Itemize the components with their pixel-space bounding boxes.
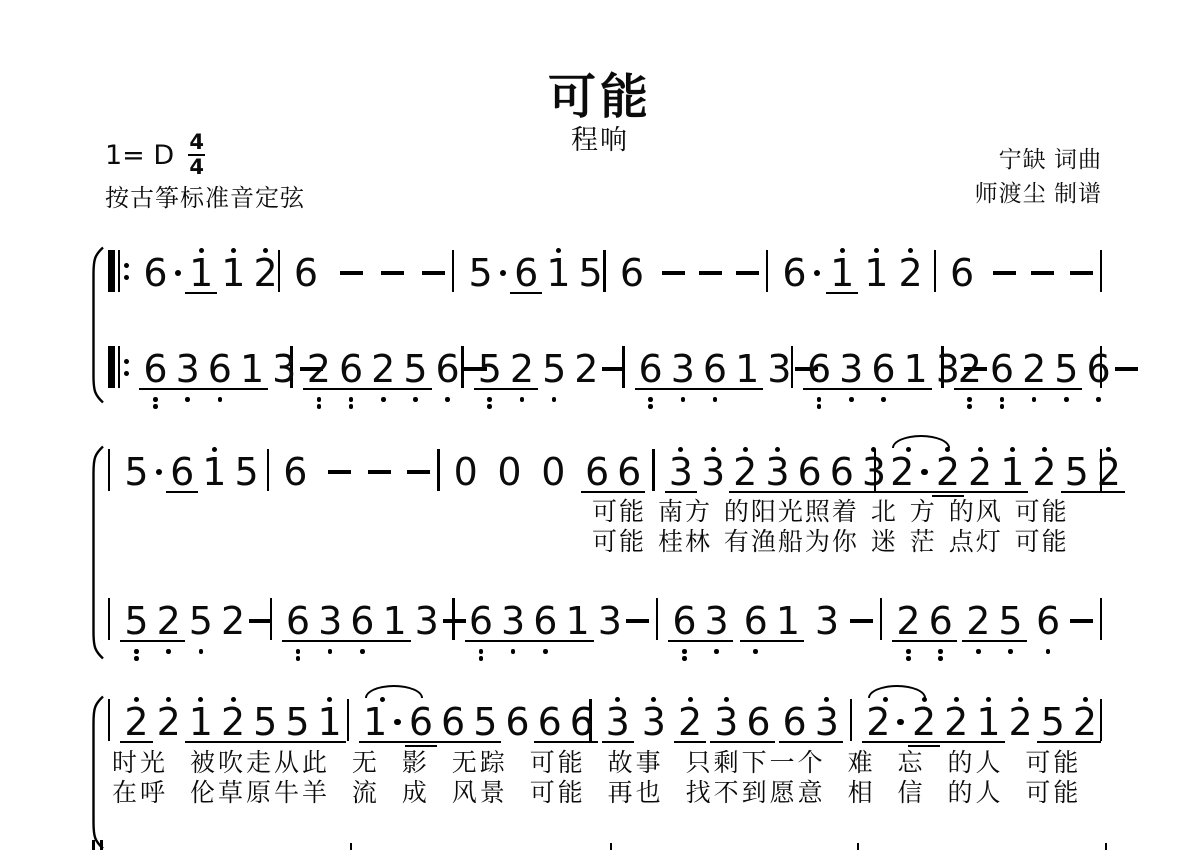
duration-underline-zone (411, 638, 443, 647)
note-digit: 6 (778, 256, 824, 290)
duration-underline-zone (139, 386, 171, 395)
note-digit: 2 (570, 352, 602, 386)
note-digit: 6 (139, 256, 185, 290)
duration-underline (185, 292, 217, 294)
note-group: 63 (465, 592, 529, 662)
duration-underline-zone (616, 290, 648, 299)
note-digit: 1 (378, 604, 410, 638)
note-digit: 3 (697, 455, 729, 489)
measure: 26256 (882, 592, 1099, 662)
octave-dot-low (185, 397, 190, 402)
duration-underline-zone (378, 638, 410, 647)
measure: 26256 (944, 340, 1100, 410)
jianpu-note: 6 (986, 340, 1018, 410)
octave-dot-low (166, 649, 171, 654)
note-group (662, 244, 685, 275)
note-digit: 0 (493, 455, 525, 489)
duration-underline-zone (465, 638, 497, 647)
duration-underline (1093, 491, 1125, 493)
duration-underline (892, 640, 924, 642)
note-digit: 5 (120, 604, 152, 638)
note-digit: 2 (908, 705, 940, 739)
measure: 63613 (455, 592, 656, 662)
duration-underline (1050, 388, 1082, 390)
note-group: 61 (740, 592, 804, 662)
octave-dot-low-zone (849, 395, 854, 410)
jianpu-note: 3 (172, 340, 204, 410)
note-digit: 6 (534, 705, 566, 739)
duration-underline-zone (826, 290, 858, 299)
jianpu-note: 6 (1032, 592, 1064, 662)
note-group (993, 244, 1016, 275)
jianpu-note: 6 (166, 443, 198, 513)
octave-dot-low-zone (520, 395, 525, 410)
measure: 5615 (110, 443, 266, 513)
sheet-music-page: { "header": { "title": "可能", "subtitle":… (0, 0, 1200, 850)
duration-underline-zone (120, 638, 152, 647)
note-digit: 6 (742, 705, 774, 739)
octave-dot-low-zone (713, 395, 718, 410)
octave-dot-low (906, 656, 911, 661)
duration-underline-zone (561, 638, 593, 647)
duration-underline-zone (120, 489, 166, 498)
jianpu-note: 1 (217, 244, 249, 314)
jianpu-note: 2 (570, 340, 602, 410)
note-digit: 2 (1069, 705, 1101, 739)
octave-dot-low (1032, 397, 1037, 402)
note-digit: 6 (946, 256, 978, 290)
note-digit: 1 (772, 604, 804, 638)
note-group (602, 340, 625, 371)
duration-underline (378, 640, 410, 642)
note-digit: 6 (139, 352, 171, 386)
octave-dot-low (1046, 649, 1051, 654)
note-digit: 2 (367, 352, 399, 386)
system-brace (90, 695, 105, 850)
note-digit: 1 (359, 705, 405, 739)
note-digit: 1 (185, 705, 217, 739)
note-digit: 6 (668, 604, 700, 638)
note-digit: 3 (761, 455, 793, 489)
jianpu-note: 6 (699, 340, 731, 410)
duration-underline-zone (236, 386, 268, 395)
note-digit: 3 (268, 352, 300, 386)
note-digit: 6 (501, 705, 533, 739)
jianpu-note: 3 (667, 340, 699, 410)
note-digit: 6 (986, 352, 1018, 386)
note-group: 63 (635, 340, 699, 410)
octave-dot-low (1000, 404, 1005, 409)
duration-underline-zone (474, 386, 506, 395)
note-digit: 2 (153, 604, 185, 638)
jianpu-note: 6 (346, 592, 378, 662)
octave-dot-low-zone (552, 395, 557, 410)
note-digit: 6 (1082, 352, 1114, 386)
note-digit: 6 (613, 455, 645, 489)
note-group: 63 (803, 340, 867, 410)
note-digit: 6 (437, 705, 469, 739)
duration-underline (803, 388, 835, 390)
measure: 6 (936, 244, 1100, 314)
lyric-row: 在呼 伦草原牛羊 流 成 风景 可能 再也 找不到愿意 相 信 的人 可能 (112, 773, 1081, 809)
note-digit: 5 (185, 604, 217, 638)
song-title: 可能 (0, 58, 1200, 127)
jianpu-note: 6 (946, 244, 978, 314)
note-group (699, 244, 722, 275)
repeat-thin-bar (118, 346, 120, 388)
barline-stub (857, 843, 859, 850)
note-digit: 1 (314, 705, 346, 739)
octave-dot-low-zone (682, 647, 687, 662)
duration-underline (925, 640, 957, 642)
duration-underline (236, 388, 268, 390)
octave-dot-low-zone (906, 647, 911, 662)
jianpu-note: 6 (139, 340, 171, 410)
duration-underline-zone (506, 386, 538, 395)
duration-underline-zone (367, 386, 399, 395)
barline-stub (1105, 843, 1107, 850)
duration-underline-zone (172, 386, 204, 395)
note-digit: 6 (405, 705, 437, 739)
note-group: 25 (1018, 340, 1082, 410)
note-group: 6 (616, 244, 648, 314)
duration-underline (668, 640, 700, 642)
note-group (1115, 340, 1138, 371)
jianpu-note: 3 (268, 340, 300, 410)
note-digit: 2 (217, 705, 249, 739)
duration-underline-zone (432, 386, 464, 395)
note-digit: 5 (1061, 455, 1093, 489)
note-digit: 1 (731, 352, 763, 386)
note-digit: 6 (335, 352, 367, 386)
duration-underline-zone (1018, 386, 1050, 395)
duration-underline-zone (811, 638, 843, 647)
note-digit: 2 (962, 604, 994, 638)
duration-underline-zone (701, 638, 733, 647)
octave-dot-low (552, 397, 557, 402)
duration-underline (561, 640, 593, 642)
jianpu-note: 1 (378, 592, 410, 662)
duration-underline-zone (668, 638, 700, 647)
duration-underline-zone (900, 386, 932, 395)
duration-dash (368, 470, 391, 474)
note-digit: 5 (464, 256, 510, 290)
octave-dot-low (714, 649, 719, 654)
jianpu-note: 6 (616, 244, 648, 314)
augmentation-dot (500, 270, 507, 277)
duration-underline (994, 640, 1026, 642)
duration-underline (474, 388, 506, 390)
time-numerator: 4 (189, 132, 204, 153)
lyric-row: 可能 桂林 有渔船为你 迷 茫 点灯 可能 (592, 522, 1069, 558)
duration-underline (153, 640, 185, 642)
augmentation-dot (156, 469, 163, 476)
note-group: 63 (282, 592, 346, 662)
octave-dot-low (317, 397, 322, 402)
octave-dot-low (487, 397, 492, 402)
duration-underline-zone (282, 638, 314, 647)
note-digit: 3 (811, 705, 843, 739)
duration-underline-zone (529, 638, 561, 647)
note-group: 1 (860, 244, 892, 314)
note-digit: 5 (575, 256, 607, 290)
note-group: 26 (954, 340, 1018, 410)
tuning-note: 按古筝标准音定弦 (105, 178, 305, 213)
note-digit: 5 (538, 352, 570, 386)
jianpu-note: 2 (892, 592, 924, 662)
duration-dash (340, 271, 363, 275)
barline-stub (92, 840, 95, 850)
measure: 63613 (793, 340, 941, 410)
jianpu-note: 2 (954, 340, 986, 410)
note-group: 5 (185, 592, 217, 662)
octave-dot-low (479, 656, 484, 661)
note-group: 6 (1032, 592, 1064, 662)
jianpu-note: 1 (236, 340, 268, 410)
octave-dot-low-zone (487, 395, 492, 410)
octave-dot-low-zone (1000, 395, 1005, 410)
duration-underline (399, 388, 431, 390)
octave-dot-low-zone (413, 395, 418, 410)
duration-underline (986, 388, 1018, 390)
note-group: 2 (894, 244, 926, 314)
note-group: 61 (529, 592, 593, 662)
note-group: 6 (139, 244, 185, 314)
note-digit: 6 (867, 352, 899, 386)
duration-underline-zone (667, 386, 699, 395)
duration-dash (443, 619, 466, 623)
note-group (626, 592, 649, 623)
barline (1100, 250, 1102, 292)
octave-dot-low-zone (349, 395, 354, 410)
octave-dot-low-zone (166, 647, 171, 662)
jianpu-note: 3 (835, 340, 867, 410)
note-digit: 6 (529, 604, 561, 638)
duration-underline (954, 388, 986, 390)
note-group: 3 (594, 592, 626, 662)
note-digit: 2 (1005, 705, 1037, 739)
duration-underline-zone (279, 489, 311, 498)
octave-dot-low (648, 397, 653, 402)
jianpu-note: 6 (925, 592, 957, 662)
octave-dot-low (153, 397, 158, 402)
duration-underline-zone (954, 386, 986, 395)
jianpu-note: 6 (279, 443, 311, 513)
note-group: 61 (867, 340, 931, 410)
measure: 6 (269, 443, 437, 513)
note-group (850, 592, 873, 623)
note-group: 61 (346, 592, 410, 662)
music-line: 525263613636136361326256 (108, 592, 1102, 662)
duration-dash (328, 470, 351, 474)
note-group: 26 (303, 340, 367, 410)
note-digit: 6 (566, 705, 598, 739)
jianpu-note: 2 (249, 244, 281, 314)
note-digit: 5 (249, 705, 281, 739)
note-group: 6 (1082, 340, 1114, 410)
duration-dash (662, 271, 685, 275)
duration-underline-zone (772, 638, 804, 647)
octave-dot-low (134, 656, 139, 661)
note-group: 61 (699, 340, 763, 410)
note-group: 3 (268, 340, 300, 410)
note-digit: 2 (1028, 455, 1060, 489)
augmentation-dot (921, 469, 928, 476)
note-digit: 6 (510, 256, 542, 290)
note-group: 25 (962, 592, 1026, 662)
jianpu-note: 6 (465, 592, 497, 662)
measure: 26256 (293, 340, 462, 410)
note-group: 2 (249, 244, 281, 314)
repeat-thin-bar (118, 250, 120, 292)
jianpu-note: 3 (701, 592, 733, 662)
octave-dot-low (713, 397, 718, 402)
octave-dot-low-zone (199, 647, 204, 662)
note-group: 63 (668, 592, 732, 662)
note-group: 3 (811, 592, 843, 662)
octave-dot-low-zone (479, 647, 484, 662)
note-group (443, 592, 466, 623)
note-group (340, 244, 363, 275)
note-group: 25 (367, 340, 431, 410)
barline (1100, 598, 1102, 640)
octave-dot-low-zone (648, 395, 653, 410)
note-digit: 1 (236, 352, 268, 386)
duration-underline (772, 640, 804, 642)
jianpu-note: 1 (731, 340, 763, 410)
duration-underline-zone (570, 386, 602, 395)
jianpu-note: 5 (399, 340, 431, 410)
octave-dot-low-zone (1032, 395, 1037, 410)
note-digit: 2 (674, 705, 706, 739)
octave-dot-low-zone (817, 395, 822, 410)
augmentation-dot (897, 719, 904, 726)
note-digit: 6 (290, 256, 322, 290)
augmentation-dot (394, 719, 401, 726)
duration-underline (635, 388, 667, 390)
duration-underline-zone (994, 638, 1026, 647)
duration-underline-zone (450, 489, 482, 498)
note-digit: 6 (803, 352, 835, 386)
duration-underline-zone (835, 386, 867, 395)
duration-dash (626, 619, 649, 623)
note-digit: 2 (940, 705, 972, 739)
duration-underline (314, 640, 346, 642)
duration-underline-zone (139, 290, 185, 299)
note-digit: 1 (972, 705, 1004, 739)
octave-dot-low (199, 649, 204, 654)
jianpu-note: 5 (538, 340, 570, 410)
measure: 63613 (625, 340, 791, 410)
duration-dash (993, 271, 1016, 275)
octave-dot-low (817, 397, 822, 402)
duration-underline (139, 388, 171, 390)
note-digit: 3 (411, 604, 443, 638)
octave-dot-low-zone (185, 395, 190, 410)
duration-underline (835, 388, 867, 390)
jianpu-note: 3 (497, 592, 529, 662)
duration-underline (367, 388, 399, 390)
jianpu-note: 3 (594, 592, 626, 662)
barline-stub (610, 843, 612, 850)
note-group: 1 (185, 244, 217, 314)
note-group: 5 (575, 244, 607, 314)
note-group: 1 (542, 244, 574, 314)
note-group (249, 592, 272, 623)
octave-dot-low (682, 656, 687, 661)
octave-dot-low-zone (1046, 647, 1051, 662)
note-digit: 6 (635, 352, 667, 386)
jianpu-note: 5 (185, 592, 217, 662)
duration-underline-zone (635, 386, 667, 395)
note-digit: 6 (826, 455, 858, 489)
octave-dot-low-zone (1008, 647, 1013, 662)
jianpu-note: 6 (778, 244, 824, 314)
octave-dot-low (976, 649, 981, 654)
note-group (736, 244, 759, 275)
note-digit: 1 (542, 256, 574, 290)
octave-dot-low (134, 649, 139, 654)
note-group: 2 (217, 592, 249, 662)
duration-underline-zone (1032, 638, 1064, 647)
note-group (328, 443, 351, 474)
duration-underline (826, 292, 858, 294)
note-group (1031, 244, 1054, 275)
duration-underline (1018, 388, 1050, 390)
octave-dot-low (681, 397, 686, 402)
note-digit: 6 (740, 604, 772, 638)
jianpu-note: 5 (120, 443, 166, 513)
jianpu-note: 6 (635, 340, 667, 410)
duration-underline-zone (860, 290, 892, 299)
note-digit: 6 (794, 455, 826, 489)
note-group: 0 (493, 443, 525, 513)
note-digit: 2 (892, 604, 924, 638)
note-group: 2 (570, 340, 602, 410)
octave-dot-low-zone (511, 647, 516, 662)
jianpu-note: 3 (811, 592, 843, 662)
note-digit: 1 (900, 352, 932, 386)
duration-underline (204, 388, 236, 390)
duration-dash (602, 367, 625, 371)
octave-dot-low-zone (445, 395, 450, 410)
jianpu-note: 2 (1093, 443, 1125, 513)
note-digit: 5 (281, 705, 313, 739)
measure: 5252 (110, 592, 269, 662)
jianpu-note: 1 (772, 592, 804, 662)
note-digit: 5 (994, 604, 1026, 638)
note-digit: 6 (166, 455, 198, 489)
note-digit: 5 (230, 455, 262, 489)
jianpu-note: 2 (153, 592, 185, 662)
jianpu-note: 1 (542, 244, 574, 314)
octave-dot-low-zone (153, 395, 158, 410)
note-group: 52 (1061, 443, 1125, 513)
note-digit: 5 (1037, 705, 1069, 739)
system-brace (90, 445, 105, 665)
note-digit: 1 (996, 455, 1028, 489)
octave-dot-low (817, 404, 822, 409)
music-line: 63613262565252636136361326256 (108, 340, 1102, 410)
note-group (422, 244, 445, 275)
octave-dot-low (296, 656, 301, 661)
duration-underline (510, 292, 542, 294)
note-digit: 3 (602, 705, 634, 739)
duration-underline-zone (986, 386, 1018, 395)
note-digit: 1 (860, 256, 892, 290)
jianpu-note: 6 (803, 340, 835, 410)
octave-dot-low (543, 649, 548, 654)
